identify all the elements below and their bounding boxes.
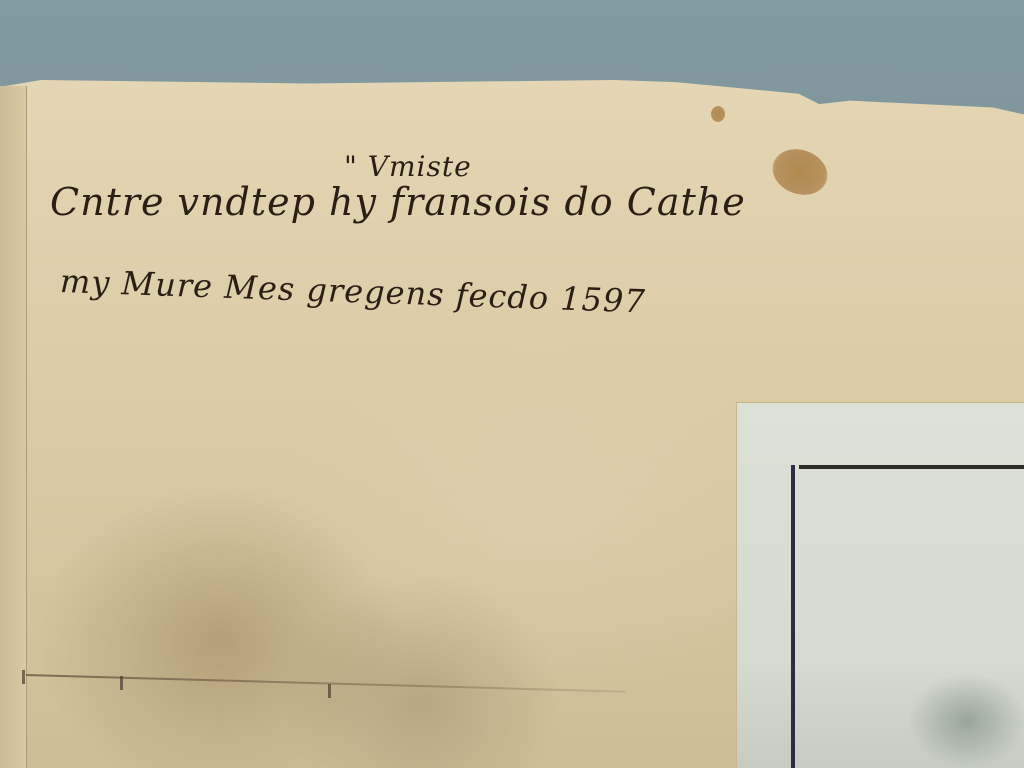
insert-shadow	[907, 673, 1024, 768]
insert-frame-horizontal	[799, 465, 1024, 469]
printed-insert	[736, 402, 1024, 768]
inscription-heading: " Vmiste	[344, 150, 472, 183]
ruled-line-tick	[22, 670, 25, 684]
parchment-left-fold	[0, 86, 27, 768]
insert-frame-vertical	[791, 465, 795, 768]
ruled-line-tick	[328, 684, 331, 698]
ruled-line-tick	[120, 676, 123, 690]
ink-stain-small	[711, 106, 725, 122]
inscription-line-1: Cntre vndtep hy fransois do Cathe	[50, 180, 746, 224]
